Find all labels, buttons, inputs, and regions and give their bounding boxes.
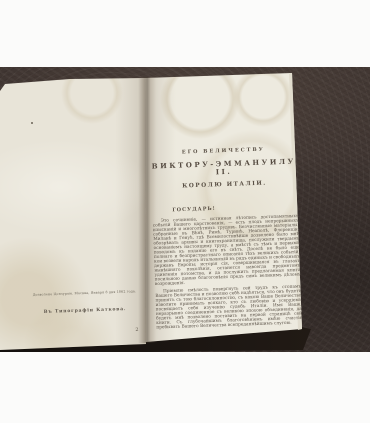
dedication-line-3: КОРОЛЮ ИТАЛІИ. xyxy=(151,178,297,190)
signature-mark: 2 xyxy=(130,327,144,341)
censor-line: Дозволено Цензурою. Москва, Января 8 дня… xyxy=(11,288,157,297)
right-page-text: ЕГО ВЕЛИЧЕСТВУ ВИКТОРУ-ЭММАНУИЛУ II. КОР… xyxy=(150,128,305,352)
paper-speck xyxy=(31,122,33,124)
book-photo: Дозволено Цензурою. Москва, Января 8 дня… xyxy=(0,67,370,352)
dedication-paragraph-1: Это сочиненіе, — истинная лѣтопись досто… xyxy=(153,214,301,287)
imprint-line: Въ Типографіи Каткова. xyxy=(12,305,158,315)
dedication-line-1: ЕГО ВЕЛИЧЕСТВУ xyxy=(150,146,296,157)
dedication-line-2: ВИКТОРУ-ЭММАНУИЛУ II. xyxy=(151,158,297,179)
salutation: ГОСУДАРЬ! xyxy=(172,203,298,213)
dedication-paragraph-2: Пріемлю смѣлость повергнуть сей трудъ къ… xyxy=(155,284,302,330)
